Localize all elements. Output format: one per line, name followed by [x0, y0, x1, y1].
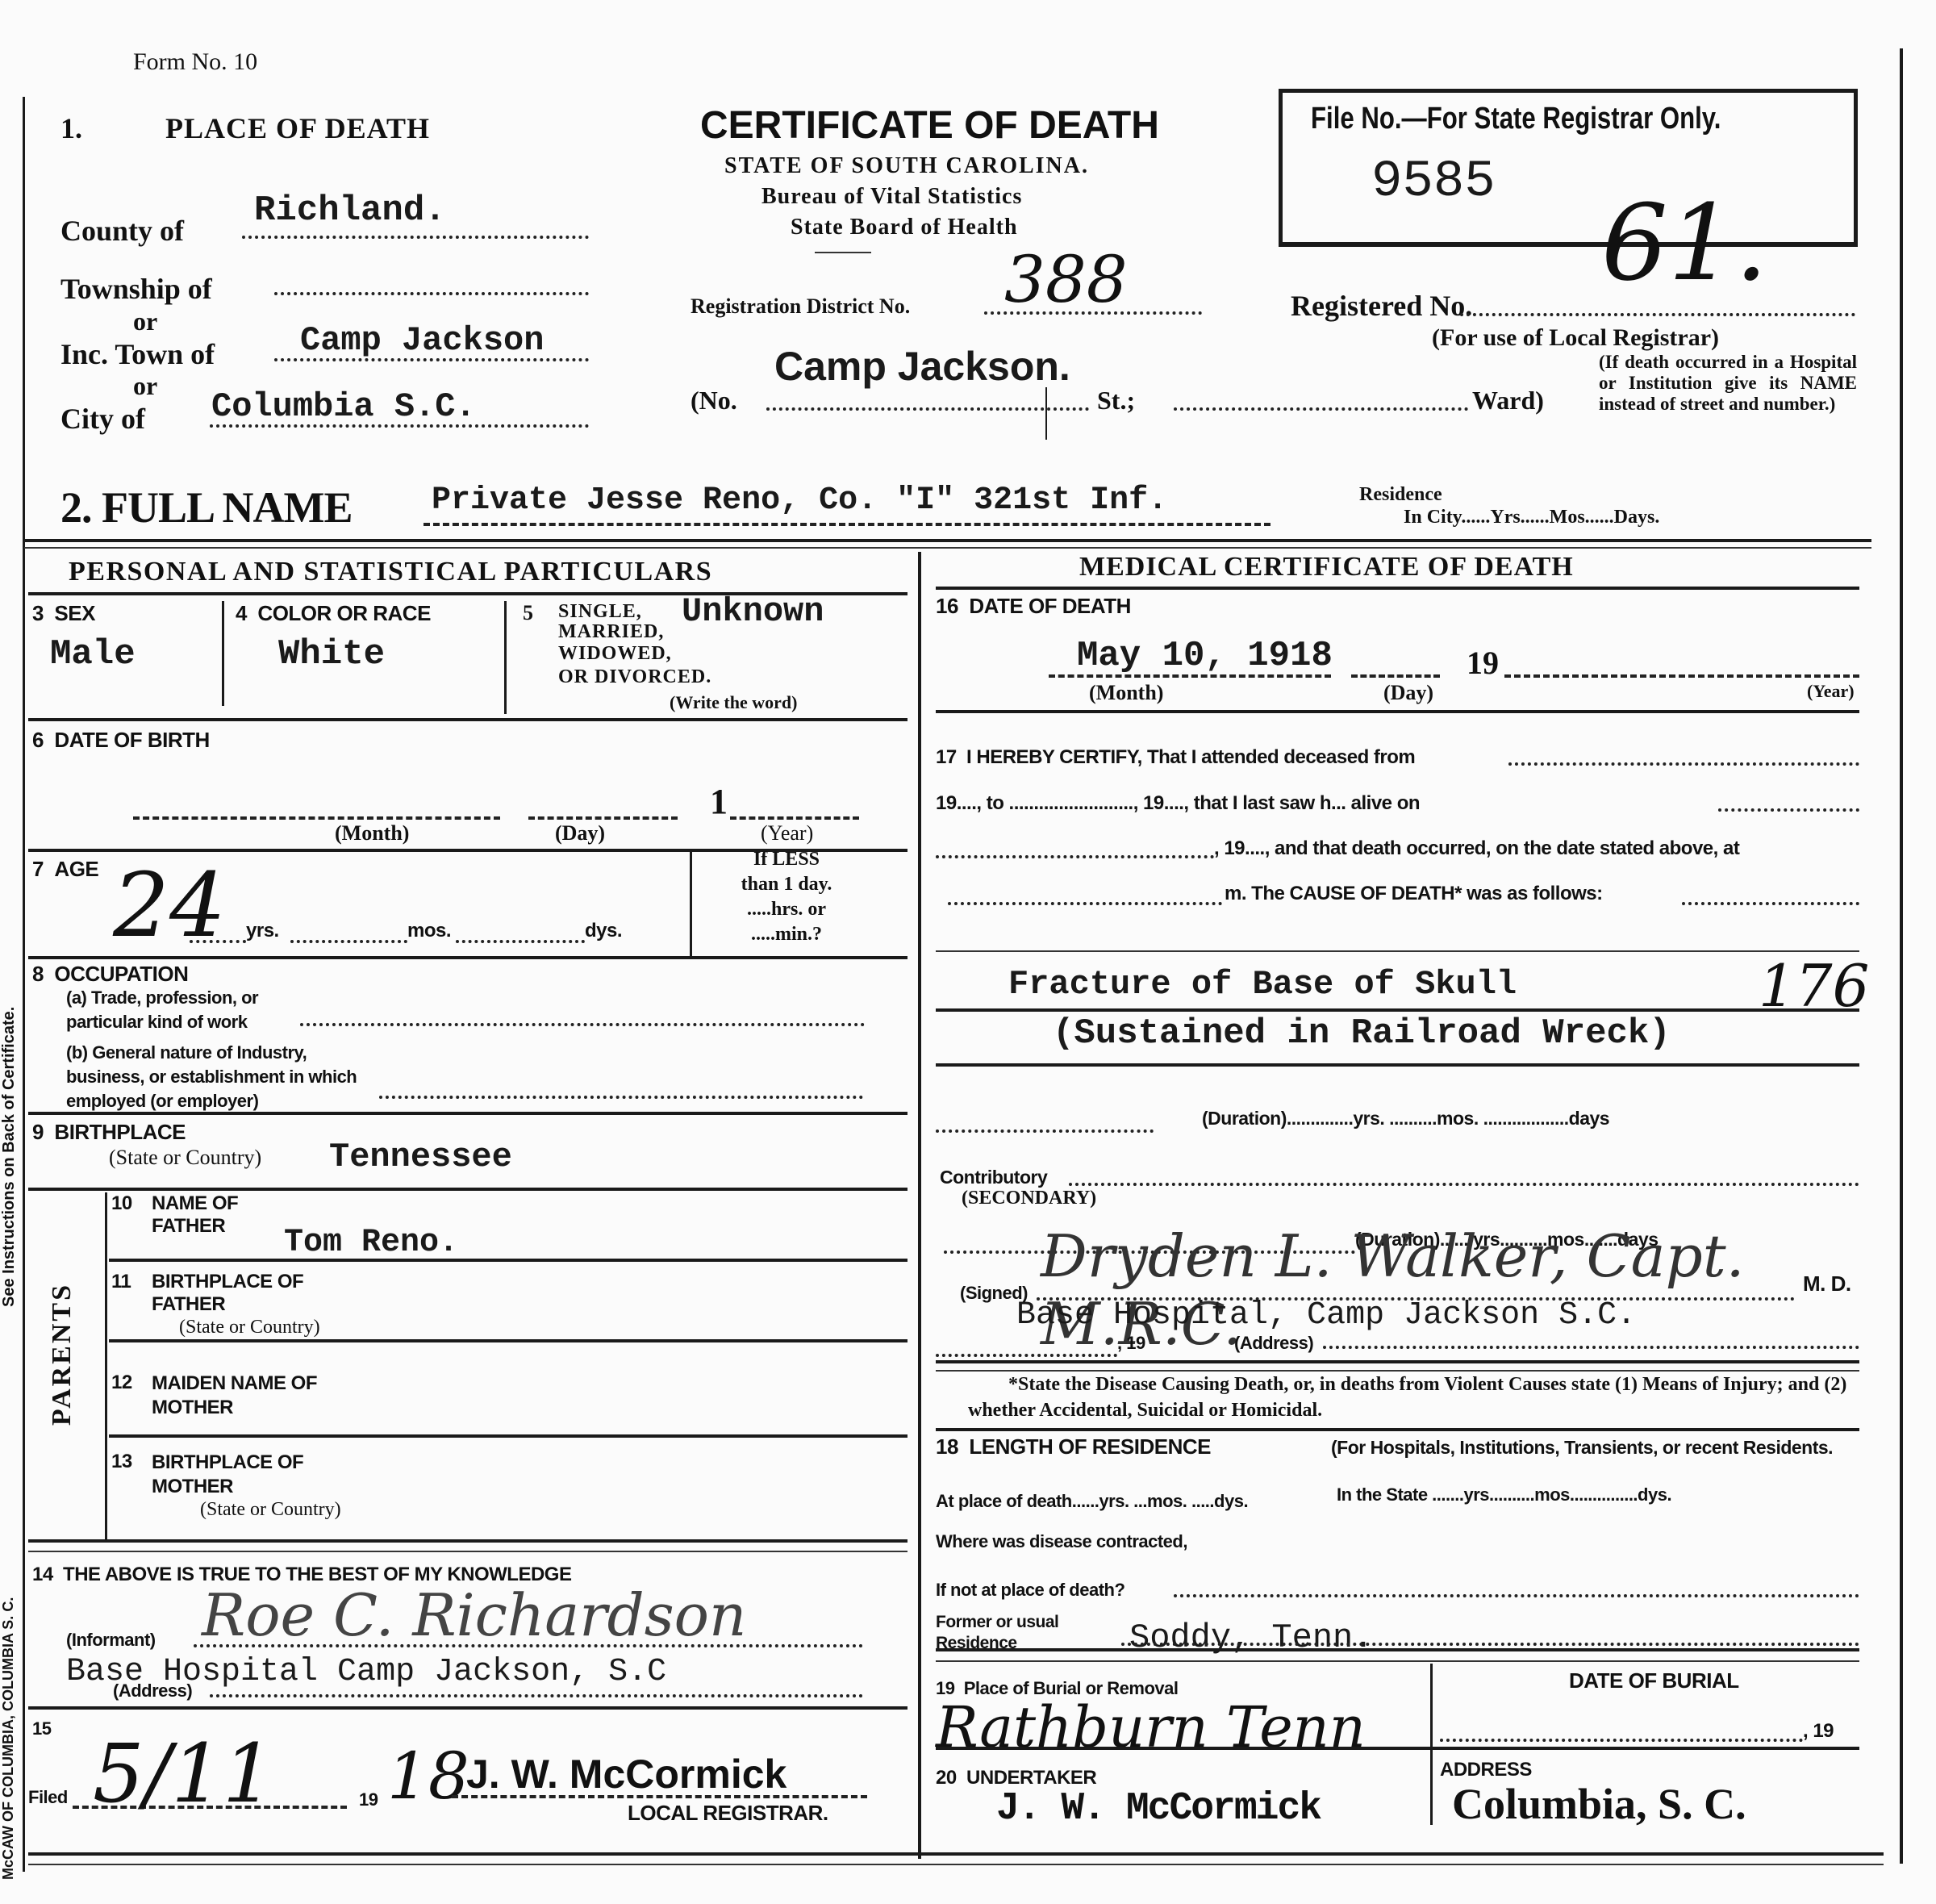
- date-of-death-value: May 10, 1918: [1077, 636, 1333, 676]
- burial-date-dots: [1440, 1739, 1803, 1742]
- full-name-rule-2: [24, 547, 1871, 549]
- mother-birthplace-sub: (State or Country): [200, 1499, 341, 1521]
- certify-line-4-dots: [948, 902, 1222, 905]
- header-divider: [815, 252, 871, 253]
- father-birthplace-num: 11: [111, 1271, 131, 1293]
- sex-race-divider: [222, 601, 224, 706]
- former-residence-dots: [1121, 1643, 1859, 1646]
- undertaker-value: J. W. McCormick: [996, 1787, 1321, 1831]
- county-line: [242, 236, 589, 239]
- occupation-b-label: (b) General nature of Industry, business…: [66, 1041, 389, 1113]
- full-name-value: Private Jesse Reno, Co. "I" 321st Inf.: [432, 482, 1167, 519]
- file-number-label: File No.—For State Registrar Only.: [1311, 102, 1721, 136]
- place-of-death-number: 1.: [60, 111, 82, 145]
- bottom-rule-2: [28, 1864, 1884, 1865]
- medical-heading-rule: [936, 587, 1859, 590]
- town-value: Camp Jackson: [300, 321, 544, 360]
- signed-year-prefix: , 19: [1117, 1333, 1145, 1354]
- residence-contracted: Where was disease contracted,: [936, 1531, 1187, 1552]
- parents-rule-1: [109, 1259, 907, 1262]
- burial-rule: [936, 1747, 1859, 1750]
- medical-heading: MEDICAL CERTIFICATE OF DEATH: [1079, 552, 1574, 582]
- informant-label: (Informant): [66, 1630, 156, 1651]
- marital-hint: (Write the word): [670, 692, 797, 713]
- township-line: [274, 292, 589, 295]
- reg-district-value: 388: [1004, 242, 1128, 317]
- age-mos-label: mos.: [407, 920, 451, 942]
- age-dys-line: [456, 940, 585, 943]
- informant-address-label: (Address): [113, 1681, 192, 1701]
- residence-not-at-place: If not at place of death?: [936, 1580, 1124, 1601]
- occupation-a-line: [300, 1023, 865, 1026]
- occupation-b-line: [379, 1096, 863, 1099]
- bureau-name: Bureau of Vital Statistics: [761, 184, 1022, 210]
- birthplace-sub: (State or Country): [109, 1146, 261, 1170]
- cause-rule-2: [936, 1063, 1859, 1067]
- margin-instructions: See Instructions on Back of Certificate.: [0, 694, 19, 1307]
- undertaker-address-value: Columbia, S. C.: [1452, 1779, 1746, 1829]
- row-rule-5: [28, 1188, 907, 1191]
- row-rule-4: [28, 1112, 907, 1115]
- marital-number: 5: [523, 601, 533, 625]
- signed-rule-1: [936, 1360, 1859, 1363]
- county-value: Richland.: [254, 190, 446, 231]
- filed-label: Filed: [28, 1787, 68, 1808]
- undertaker-label: 20 UNDERTAKER: [936, 1767, 1096, 1789]
- undertaker-address-label: ADDRESS: [1440, 1759, 1532, 1781]
- certify-line-1: 17 I HEREBY CERTIFY, That I attended dec…: [936, 746, 1415, 769]
- filed-year-prefix: 19: [359, 1789, 378, 1810]
- age-label: 7 AGE: [32, 857, 98, 882]
- full-name-label: 2. FULL NAME: [60, 482, 353, 532]
- residence-in-state: In the State .......yrs..........mos....…: [1337, 1483, 1869, 1507]
- column-divider: [918, 552, 921, 1859]
- marital-option-divorced: OR DIVORCED.: [558, 666, 711, 688]
- footnote-rule: [936, 1428, 1859, 1431]
- or-1: or: [133, 307, 157, 336]
- less-than-line-3: .....hrs. or: [702, 897, 871, 922]
- right-border: [1900, 48, 1903, 1864]
- parents-rule-3: [109, 1434, 907, 1438]
- parents-rule-5: [28, 1551, 907, 1552]
- footnote: *State the Disease Causing Death, or, in…: [968, 1372, 1855, 1423]
- registrar-name: J. W. McCormick: [466, 1751, 786, 1798]
- registrar-line: [452, 1795, 867, 1798]
- hospital-note: (If death occurred in a Hospital or Inst…: [1599, 352, 1857, 415]
- cause-detail: (Sustained in Railroad Wreck): [1053, 1013, 1671, 1054]
- cause-primary: Fracture of Base of Skull: [1008, 965, 1517, 1004]
- death-month-line: [1049, 674, 1331, 678]
- dob-label: 6 DATE OF BIRTH: [32, 728, 210, 753]
- parents-rule-4: [28, 1539, 907, 1543]
- informant-signature: Roe C. Richardson: [202, 1581, 746, 1649]
- father-birthplace-label: BIRTHPLACE OF FATHER: [152, 1271, 313, 1316]
- age-yrs-line: [190, 940, 246, 943]
- signed-address-dots: [1323, 1346, 1859, 1349]
- signed-address-lead-dots: [936, 1354, 1117, 1357]
- tick-mark: [1045, 387, 1047, 440]
- secondary-label: (SECONDARY): [962, 1188, 1096, 1209]
- certificate-title: CERTIFICATE OF DEATH: [700, 103, 1159, 148]
- signed-signature: Dryden L. Walker, Capt. M.R.C.: [1041, 1222, 1936, 1358]
- dob-year-line: [730, 816, 859, 820]
- mother-birthplace-num: 13: [111, 1451, 132, 1473]
- signed-address-label: (Address): [1234, 1333, 1313, 1354]
- birthplace-label: 9 BIRTHPLACE: [32, 1120, 186, 1145]
- residence-at-place: At place of death......yrs. ...mos. ....…: [936, 1491, 1323, 1512]
- residence-line: In City......Yrs......Mos......Days.: [1404, 507, 1659, 528]
- race-marital-divider: [504, 601, 507, 714]
- age-yrs-label: yrs.: [246, 920, 279, 942]
- father-name-num: 10: [111, 1192, 132, 1215]
- race-label: 4 COLOR OR RACE: [236, 601, 431, 626]
- certify-line-2-dots: [1718, 808, 1859, 812]
- father-name-value: Tom Reno.: [284, 1225, 458, 1261]
- filed-date: 5/11: [93, 1727, 274, 1821]
- mother-birthplace-label: BIRTHPLACE OF MOTHER: [152, 1451, 313, 1499]
- registered-line: [1460, 313, 1855, 316]
- board-name: State Board of Health: [791, 215, 1018, 240]
- less-than-line-4: .....min.?: [702, 922, 871, 947]
- county-label: County of: [60, 214, 184, 248]
- residence-not-at-place-dots: [1174, 1594, 1859, 1597]
- row-rule-1: [28, 718, 907, 721]
- town-label: Inc. Town of: [60, 337, 215, 371]
- city-label: City of: [60, 402, 145, 436]
- occupation-label: 8 OCCUPATION: [32, 962, 188, 987]
- registered-label: Registered No.: [1291, 289, 1472, 323]
- dob-day-label: (Day): [555, 821, 605, 846]
- personal-heading: PERSONAL AND STATISTICAL PARTICULARS: [69, 557, 712, 587]
- marital-value: Unknown: [682, 592, 824, 631]
- birthplace-value: Tennessee: [329, 1138, 512, 1176]
- age-dys-label: dys.: [585, 920, 622, 942]
- informant-address-line: [210, 1694, 863, 1697]
- marital-option-single: SINGLE,: [558, 601, 642, 623]
- street-st-label: St.;: [1097, 386, 1135, 415]
- burial-divider: [1430, 1664, 1433, 1825]
- contributory-label: Contributory: [940, 1167, 1047, 1188]
- street-value: Camp Jackson.: [774, 343, 1070, 390]
- residence-rule-1: [936, 1648, 1859, 1651]
- left-border: [23, 97, 25, 1872]
- mother-maiden-label: MAIDEN NAME OF MOTHER: [152, 1372, 337, 1420]
- parents-divider: [105, 1192, 107, 1539]
- burial-date-label: DATE OF BURIAL: [1569, 1668, 1739, 1693]
- or-2: or: [133, 371, 157, 401]
- dob-year-prefix: 1: [710, 781, 728, 822]
- full-name-line: [423, 523, 1270, 526]
- dob-year-label: (Year): [761, 821, 813, 846]
- marital-option-married: MARRIED,: [558, 621, 664, 643]
- sex-label: 3 SEX: [32, 601, 95, 626]
- dob-month-label: (Month): [335, 821, 409, 846]
- ward-label: Ward): [1472, 386, 1544, 415]
- bottom-rule-1: [28, 1852, 1884, 1856]
- registered-value: 61.: [1601, 182, 1768, 304]
- filed-year: 18: [387, 1739, 469, 1814]
- death-day-label: (Day): [1383, 681, 1433, 705]
- death-year-prefix: 19: [1467, 644, 1499, 682]
- age-less-than: If LESS than 1 day. .....hrs. or .....mi…: [702, 847, 871, 947]
- city-value: Columbia S.C.: [211, 387, 476, 426]
- certify-line-2: 19...., to ........................., 19…: [936, 792, 1420, 815]
- row-rule-3: [28, 956, 907, 959]
- certify-line-3: , 19...., and that death occurred, on th…: [1214, 837, 1739, 860]
- street-line: [766, 407, 1089, 411]
- contributory-dots: [1069, 1183, 1859, 1186]
- date-of-death-label: 16 DATE OF DEATH: [936, 594, 1131, 619]
- residence-label: Residence: [1359, 484, 1442, 506]
- mother-maiden-num: 12: [111, 1372, 132, 1394]
- age-less-divider: [690, 851, 692, 956]
- duration-lead-dots: [936, 1129, 1154, 1133]
- state-name: STATE OF SOUTH CAROLINA.: [724, 153, 1089, 179]
- certify-line-4-end-dots: [1682, 902, 1859, 905]
- age-mos-line: [290, 940, 407, 943]
- residence-rule-2: [936, 1660, 1859, 1662]
- place-of-death-heading: PLACE OF DEATH: [165, 111, 430, 145]
- father-name-label: NAME OF FATHER: [152, 1192, 265, 1238]
- form-number: Form No. 10: [133, 48, 257, 76]
- registrar-label: LOCAL REGISTRAR.: [628, 1801, 828, 1826]
- ward-line: [1174, 407, 1468, 411]
- residence-note: (For Hospitals, Institutions, Transients…: [936, 1434, 1871, 1460]
- death-day-line: [1351, 674, 1440, 678]
- death-rule: [936, 710, 1859, 713]
- less-than-line-1: If LESS: [702, 847, 871, 872]
- township-label: Township of: [60, 272, 212, 306]
- sex-value: Male: [50, 634, 136, 674]
- burial-date-year-prefix: , 19: [1803, 1720, 1834, 1743]
- file-number-value: 9585: [1371, 153, 1496, 211]
- race-value: White: [278, 634, 385, 674]
- parents-rule-2: [109, 1339, 907, 1342]
- certify-line-4: m. The CAUSE OF DEATH* was as follows:: [1225, 883, 1603, 905]
- signed-address-value: Base Hospital, Camp Jackson S.C.: [1016, 1297, 1636, 1334]
- informant-rule: [28, 1706, 907, 1710]
- parents-label: PARENTS: [47, 1283, 77, 1426]
- margin-printer: McCAW OF COLUMBIA, COLUMBIA S. C.: [0, 1323, 17, 1880]
- certify-line-1-dots: [1508, 762, 1859, 766]
- occupation-a-label: (a) Trade, profession, or particular kin…: [66, 986, 308, 1034]
- father-birthplace-sub: (State or Country): [179, 1317, 320, 1338]
- signed-md: M. D.: [1803, 1271, 1851, 1296]
- street-no-label: (No.: [691, 386, 737, 415]
- dob-day-line: [528, 816, 678, 820]
- cause-rule-top: [936, 950, 1859, 952]
- reg-district-label: Registration District No.: [691, 294, 910, 319]
- death-month-label: (Month): [1089, 681, 1163, 705]
- burial-value: Rathburn Tenn: [936, 1694, 1366, 1760]
- dob-month-line: [133, 816, 500, 820]
- registered-note: (For use of Local Registrar): [1432, 324, 1719, 352]
- less-than-line-2: than 1 day.: [702, 872, 871, 897]
- death-year-label: (Year): [1807, 681, 1855, 702]
- certify-line-3-dots: [936, 855, 1214, 858]
- full-name-rule-1: [24, 539, 1871, 542]
- death-year-line: [1504, 674, 1859, 678]
- filed-number: 15: [32, 1718, 51, 1739]
- cause-rule-1: [936, 1008, 1859, 1012]
- duration-line-1: (Duration)..............yrs. ..........m…: [1202, 1108, 1609, 1129]
- marital-option-widowed: WIDOWED,: [558, 643, 672, 665]
